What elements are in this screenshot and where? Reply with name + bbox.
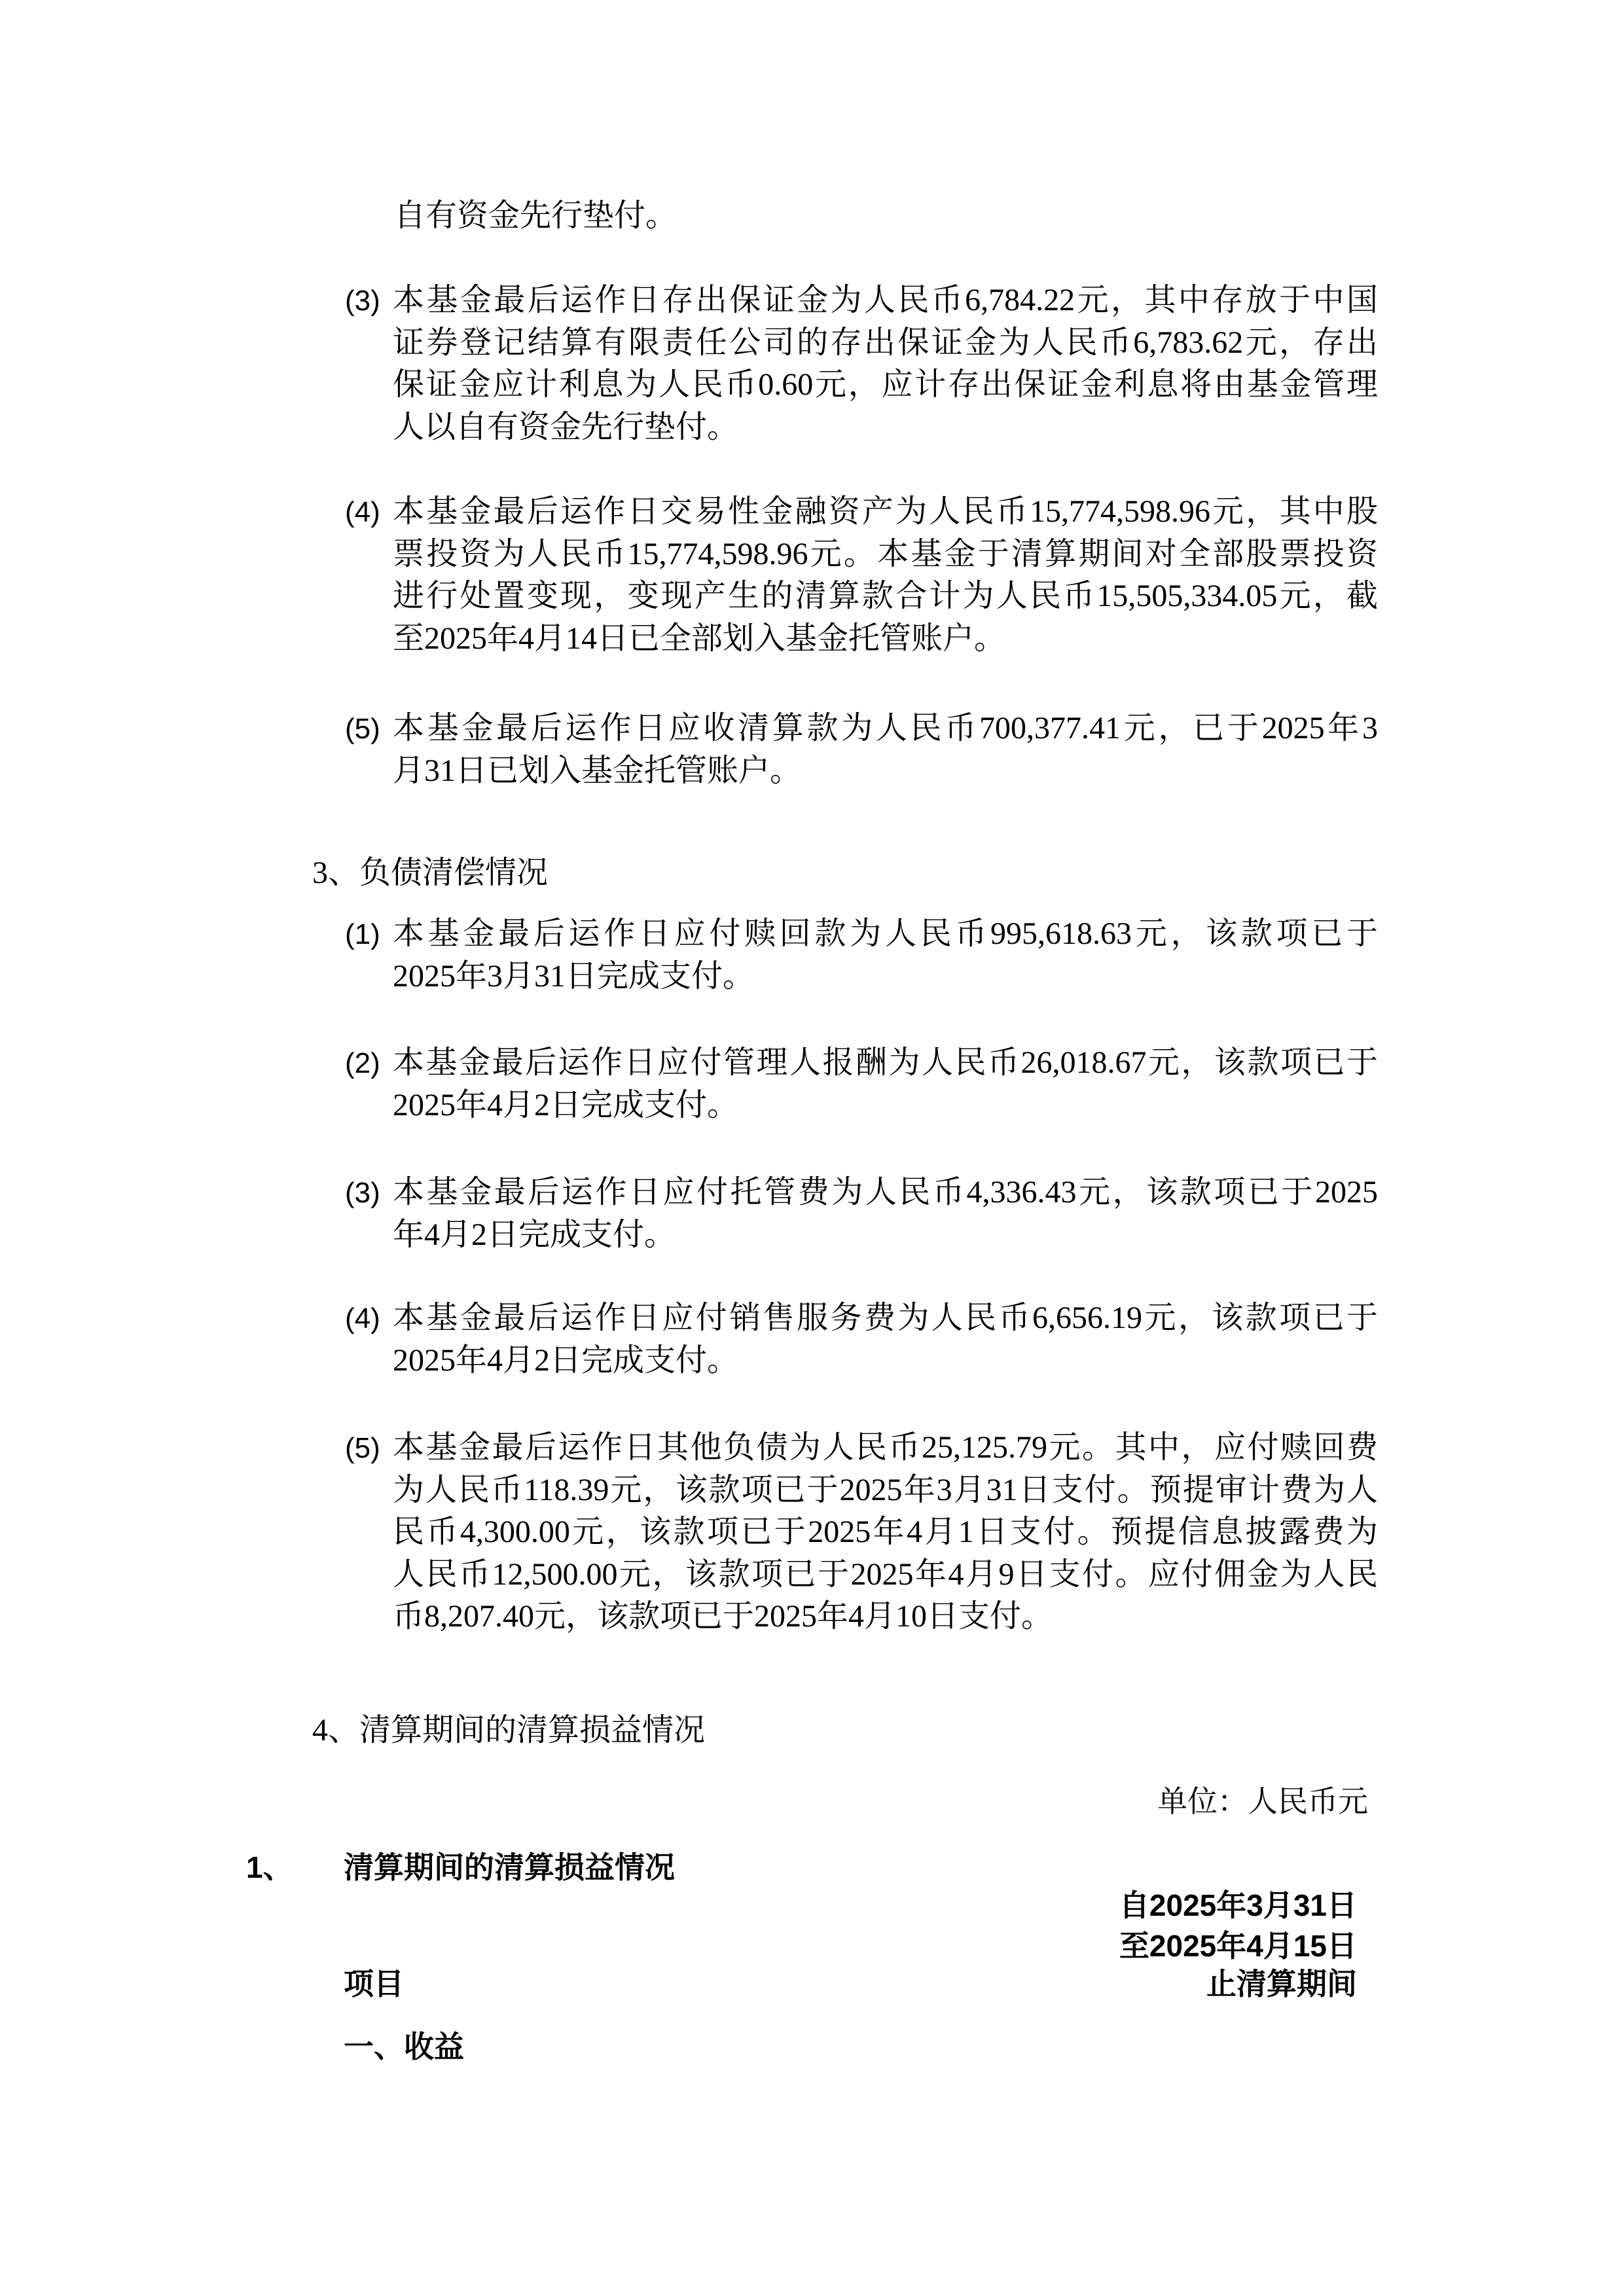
paragraph-line: 2025年4月2日完成支付。 xyxy=(393,1085,1378,1127)
paragraph-line: 人以自有资金先行垫付。 xyxy=(393,406,1378,449)
paragraph-line: 进行处置变现，变现产生的清算款合计为人民币15,505,334.05元，截 xyxy=(393,575,1378,618)
paragraph-line: 本基金最后运作日其他负债为人民币25,125.79元。其中，应付赎回费 xyxy=(393,1427,1378,1469)
unit-label: 单位：人民币元 xyxy=(1157,1782,1368,1821)
paragraph-line: 2025年4月2日完成支付。 xyxy=(393,1340,1378,1382)
list-marker: (3) xyxy=(345,280,380,322)
list-marker: (5) xyxy=(345,708,380,750)
table-title: 清算期间的清算损益情况 xyxy=(344,1848,675,1887)
paragraph-line: 本基金最后运作日存出保证金为人民币6,784.22元，其中存放于中国 xyxy=(393,279,1378,322)
paragraph-line: 月31日已划入基金托管账户。 xyxy=(393,750,1378,793)
list-marker: (5) xyxy=(345,1427,380,1469)
paragraph-line: 民币4,300.00元，该款项已于2025年4月1日支付。预提信息披露费为 xyxy=(393,1511,1378,1554)
list-marker: (4) xyxy=(345,492,380,533)
paragraph-line: 人民币12,500.00元，该款项已于2025年4月9日支付。应付佣金为人民 xyxy=(393,1554,1378,1596)
list-item-liability-4: (4) 本基金最后运作日应付销售服务费为人民币6,656.19元，该款项已于 2… xyxy=(393,1297,1378,1382)
table-row-number: 1、 xyxy=(246,1848,293,1887)
list-marker: (1) xyxy=(345,914,380,956)
paragraph-line: 证券登记结算有限责任公司的存出保证金为人民币6,783.62元，存出 xyxy=(393,322,1378,365)
document-page: 自有资金先行垫付。 (3) 本基金最后运作日存出保证金为人民币6,784.22元… xyxy=(0,0,1624,2296)
paragraph-line: 本基金最后运作日应付托管费为人民币4,336.43元，该款项已于2025 xyxy=(393,1172,1378,1214)
list-item-assets-4: (4) 本基金最后运作日交易性金融资产为人民币15,774,598.96元，其中… xyxy=(393,491,1378,660)
income-section-row: 一、收益 xyxy=(344,2027,464,2066)
period-header-line1: 自2025年3月31日 xyxy=(1119,1886,1357,1925)
paragraph-line: 2025年3月31日完成支付。 xyxy=(393,956,1378,998)
list-marker: (2) xyxy=(345,1043,380,1085)
paragraph-line: 票投资为人民币15,774,598.96元。本基金于清算期间对全部股票投资 xyxy=(393,533,1378,576)
list-item-liability-3: (3) 本基金最后运作日应付托管费为人民币4,336.43元，该款项已于2025… xyxy=(393,1172,1378,1256)
paragraph-line: 年4月2日完成支付。 xyxy=(393,1214,1378,1257)
item-column-header: 项目 xyxy=(344,1964,404,2003)
list-item-assets-5: (5) 本基金最后运作日应收清算款为人民币700,377.41元，已于2025年… xyxy=(393,708,1378,792)
paragraph-line: 保证金应计利息为人民币0.60元，应计存出保证金利息将由基金管理 xyxy=(393,364,1378,406)
section-heading-gains: 4、清算期间的清算损益情况 xyxy=(312,1710,705,1751)
list-item-liability-5: (5) 本基金最后运作日其他负债为人民币25,125.79元。其中，应付赎回费 … xyxy=(393,1427,1378,1638)
paragraph-line: 本基金最后运作日应付赎回款为人民币995,618.63元，该款项已于 xyxy=(393,913,1378,956)
list-marker: (3) xyxy=(345,1172,380,1214)
paragraph-line: 为人民币118.39元，该款项已于2025年3月31日支付。预提审计费为人 xyxy=(393,1469,1378,1512)
list-item-liability-2: (2) 本基金最后运作日应付管理人报酬为人民币26,018.67元，该款项已于 … xyxy=(393,1042,1378,1126)
section-heading-liabilities: 3、负债清偿情况 xyxy=(312,852,548,894)
paragraph-line: 至2025年4月14日已全部划入基金托管账户。 xyxy=(393,618,1378,660)
paragraph-line: 本基金最后运作日交易性金融资产为人民币15,774,598.96元，其中股 xyxy=(393,491,1378,533)
paragraph-line: 本基金最后运作日应付管理人报酬为人民币26,018.67元，该款项已于 xyxy=(393,1042,1378,1085)
paragraph-line: 本基金最后运作日应付销售服务费为人民币6,656.19元，该款项已于 xyxy=(393,1297,1378,1340)
list-item-assets-3: (3) 本基金最后运作日存出保证金为人民币6,784.22元，其中存放于中国 证… xyxy=(393,279,1378,448)
list-marker: (4) xyxy=(345,1298,380,1340)
period-column-header: 止清算期间 xyxy=(1206,1964,1357,2003)
paragraph-line: 币8,207.40元，该款项已于2025年4月10日支付。 xyxy=(393,1596,1378,1638)
period-header-line2: 至2025年4月15日 xyxy=(1119,1926,1357,1965)
list-item-liability-1: (1) 本基金最后运作日应付赎回款为人民币995,618.63元，该款项已于 2… xyxy=(393,913,1378,997)
paragraph-line: 本基金最后运作日应收清算款为人民币700,377.41元，已于2025年3 xyxy=(393,708,1378,750)
paragraph-tail-line: 自有资金先行垫付。 xyxy=(394,195,677,237)
